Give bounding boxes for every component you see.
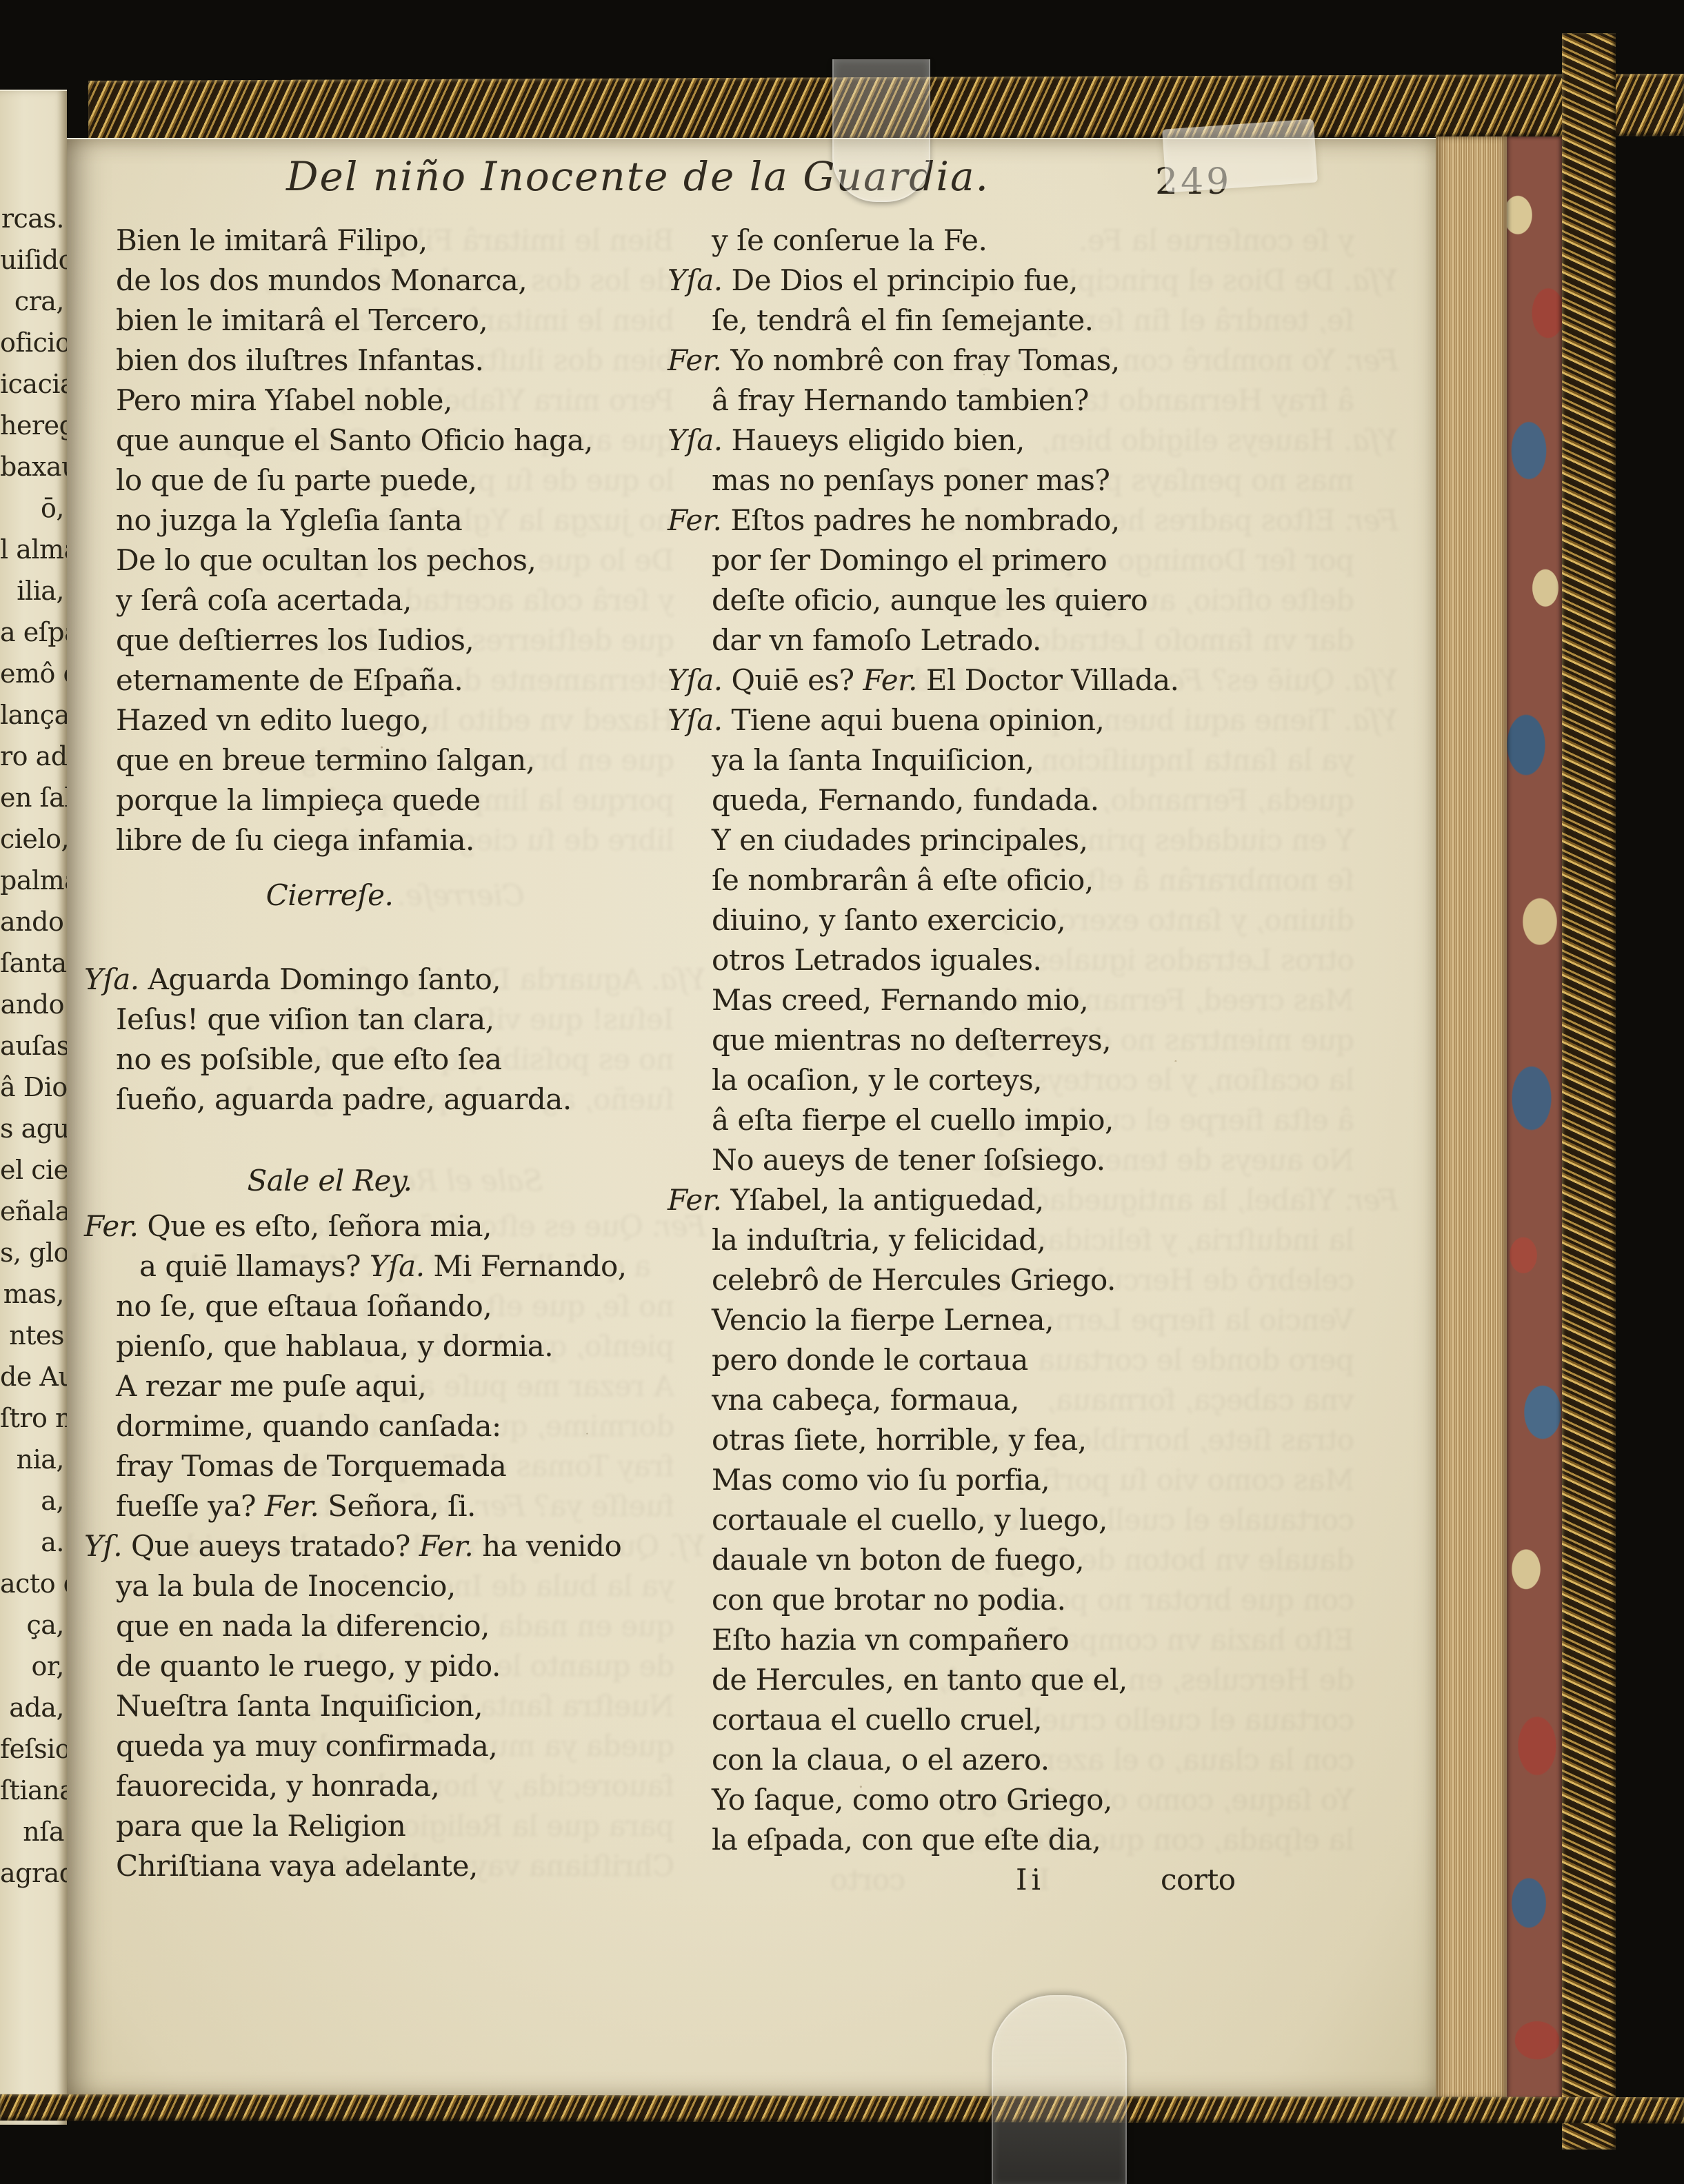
verse-line: diuino, y ſanto exercicio, [668, 900, 1399, 940]
edge-fragment: a, [0, 1480, 64, 1521]
edge-fragment: auſas. [0, 1025, 64, 1066]
marbled-endpaper-edge [1507, 136, 1562, 2099]
verse-line: que en breue termino ſalgan, [116, 740, 674, 780]
verse-line: mas no penſays poner mas? [668, 461, 1399, 501]
verse-line: de quanto le ruego, y pido. [116, 1646, 674, 1686]
edge-fragment: uiſidor, [0, 239, 64, 281]
edge-fragment: or, [0, 1646, 64, 1687]
verse-line: eternamente de Eſpaña. [116, 660, 674, 700]
edge-fragment: nia, [0, 1439, 64, 1480]
verse-line: cortaua el cuello cruel, [668, 1700, 1399, 1740]
book-page: Del niño Inocente de la Guardia. 249 Bie… [67, 138, 1436, 2101]
edge-fragment: lanças [0, 694, 64, 736]
edge-fragment: agrada, [0, 1852, 74, 1894]
verse-line: para que la Religion [116, 1806, 674, 1846]
verse-line: no es poſsible, que eſto ſea [116, 1040, 674, 1080]
verse-line: que aunque el Santo Oficio haga, [116, 421, 674, 461]
edge-fragment: ō, [0, 487, 64, 529]
verse-line: dauale vn boton de fuego, [668, 1540, 1399, 1580]
edge-fragment: feſsion, [0, 1728, 64, 1770]
edge-fragment: ando hiziſte, [0, 901, 64, 942]
facing-page-edge: rcas.uiſidor,cra,oficio,icacia.hereges m… [0, 90, 67, 2125]
verse-line: cortauale el cuello, y luego, [668, 1500, 1399, 1540]
edge-fragment: ſtro nieto, [0, 1397, 64, 1439]
gilt-border-right [1562, 33, 1616, 2150]
verse-line: dormime, quando canſada: [116, 1406, 674, 1446]
signature-mark: Ii [1016, 1860, 1045, 1900]
verse-line: pienſo, que hablaua, y dormia. [116, 1326, 674, 1366]
verse-line: dar vn famoſo Letrado. [668, 620, 1399, 660]
verse-line: queda, Fernando, fundada. [668, 780, 1399, 820]
verse-line: fray Tomas de Torquemada [116, 1446, 674, 1486]
verse-line: lo que de ſu parte puede, [116, 461, 674, 501]
verse-line: De lo que ocultan los pechos, [116, 540, 674, 580]
stage-direction: Cierreſe. [116, 876, 543, 916]
verse-line: ya la bula de Inocencio, [116, 1566, 674, 1606]
verse-line: Yſa. Aguarda Domingo ſanto, [84, 960, 674, 1000]
running-title: Del niño Inocente de la Guardia. [190, 153, 1086, 200]
verse-line: Pero mira Yſabel noble, [116, 381, 674, 421]
edge-fragment: icacia. [0, 363, 64, 405]
verse-line: la ocaſion, y le corteys, [668, 1060, 1399, 1100]
verse-line: que mientras no deſterreys, [668, 1020, 1399, 1060]
text-column-left: Bien le imitarâ Filipo,de los dos mundos… [116, 221, 674, 1886]
verse-line: de los dos mundos Monarca, [116, 261, 674, 301]
verse-line: que deſtierres los Iudios, [116, 620, 674, 660]
verse-line: con la claua, o el azero. [668, 1740, 1399, 1780]
verse-line: la induſtria, y felicidad, [668, 1220, 1399, 1260]
verse-line: otras ſiete, horrible, y fea, [668, 1420, 1399, 1460]
edge-fragment: a. [0, 1521, 64, 1563]
edge-fragment-list: rcas.uiſidor,cra,oficio,icacia.hereges m… [0, 91, 67, 1894]
verse-line: y ſe conſerue la Fe. [668, 221, 1399, 261]
verse-line: no juzga la Ygleſia ſanta [116, 501, 674, 540]
verse-line: porque la limpieça quede [116, 780, 674, 820]
verse-line: Fer. Yſabel, la antiguedad, [668, 1180, 1399, 1220]
edge-fragment: ando [0, 984, 64, 1025]
verse-line: Yſa. De Dios el principio fue, [668, 261, 1399, 301]
verse-line: â fray Hernando tambien? [668, 381, 1399, 421]
verse-line: Fer. Que es eſto, ſeñora mia, [84, 1206, 674, 1246]
verse-line: ſe nombrarân â eſte oficio, [668, 860, 1399, 900]
verse-line: Bien le imitarâ Filipo, [116, 221, 674, 261]
edge-fragment: rcas. [0, 198, 64, 239]
verse-line: Ieſus! que viſion tan clara, [116, 1000, 674, 1040]
verse-line: Hazed vn edito luego, [116, 700, 674, 740]
verse-line: Yſa. Haueys eligido bien, [668, 421, 1399, 461]
verse-line: fueſſe ya? Fer. Señora, ſi. [116, 1486, 674, 1526]
tape-fragment [1162, 119, 1318, 192]
verse-line: Chriſtiana vaya adelante, [116, 1846, 674, 1886]
edge-fragment: l alma, [0, 529, 64, 570]
verse-line: con que brotar no podia. [668, 1580, 1399, 1620]
edge-fragment: â Dios, [0, 1066, 64, 1108]
verse-line: Vencio la fierpe Lernea, [668, 1300, 1399, 1340]
edge-fragment: cielo, [0, 818, 64, 860]
verse-line: libre de ſu ciega infamia. [116, 820, 674, 860]
verse-line: No aueys de tener ſoſsiego. [668, 1140, 1399, 1180]
edge-fragment: ſanta [0, 942, 64, 984]
verse-line: Eſto hazia vn compañero [668, 1620, 1399, 1660]
verse-line: vna cabeça, formaua, [668, 1380, 1399, 1420]
text-column-right: y ſe conſerue la Fe.Yſa. De Dios el prin… [668, 221, 1399, 1900]
verse-line: Yſa. Tiene aqui buena opinion, [668, 700, 1399, 740]
verse-line: pero donde le cortaua [668, 1340, 1399, 1380]
verse-line: fauorecida, y honrada, [116, 1766, 674, 1806]
verse-line: Y en ciudades principales, [668, 820, 1399, 860]
book-photo: rcas.uiſidor,cra,oficio,icacia.hereges m… [0, 0, 1684, 2184]
stage-direction: Sale el Rey. [116, 1161, 543, 1201]
edge-fragment: ntes [0, 1315, 64, 1356]
verse-line: Yſ. Que aueys tratado? Fer. ha venido [84, 1526, 674, 1566]
verse-line: la eſpada, con que eſte dia, [668, 1820, 1399, 1860]
edge-fragment: cra, [0, 281, 64, 322]
verse-line: ſe, tendrâ el fin ſemejante. [668, 301, 1399, 341]
verse-line: Fer. Eſtos padres he nombrado, [668, 501, 1399, 540]
edge-fragment: baxaua [0, 446, 64, 487]
verse-line: deſte oficio, aunque les quiero [668, 580, 1399, 620]
transparent-page-holder-bottom [992, 1995, 1127, 2184]
edge-fragment: ſtiana, [0, 1770, 64, 1811]
verse-line: Yo ſaque, como otro Griego, [668, 1780, 1399, 1820]
verse-line: ya la ſanta Inquiſicion, [668, 740, 1399, 780]
signature-catchword-line: Iicorto [668, 1860, 1399, 1900]
catchword: corto [1161, 1860, 1236, 1900]
edge-fragment: mas, [0, 1273, 64, 1315]
verse-line: Fer. Yo nombrê con fray Tomas, [668, 341, 1399, 381]
verse-line: de Hercules, en tanto que el, [668, 1660, 1399, 1700]
edge-fragment: ada, [0, 1687, 64, 1728]
verse-line: Mas como vio ſu porfia, [668, 1460, 1399, 1500]
edge-fragment: el cielo, [0, 1149, 64, 1191]
verse-line: Mas creed, Fernando mio, [668, 980, 1399, 1020]
edge-fragment: ça, [0, 1604, 64, 1646]
verse-line: a quiē llamays? Yſa. Mi Fernando, [139, 1246, 674, 1286]
edge-fragment: oficio, [0, 322, 64, 363]
edge-fragment: ilia, [0, 570, 64, 611]
gilt-border-bottom [0, 2094, 1684, 2123]
verse-line: celebrô de Hercules Griego. [668, 1260, 1399, 1300]
text-block-fore-edge [1436, 136, 1507, 2099]
verse-line: por ſer Domingo el primero [668, 540, 1399, 580]
transparent-page-holder-top [832, 59, 930, 202]
edge-fragment: s, glorias, [0, 1232, 77, 1273]
verse-line: que en nada la diferencio, [116, 1606, 674, 1646]
verse-line: queda ya muy confirmada, [116, 1726, 674, 1766]
verse-line: y ſerâ coſa acertada, [116, 580, 674, 620]
verse-line: A rezar me puſe aqui, [116, 1366, 674, 1406]
verse-line: Nueſtra ſanta Inquiſicion, [116, 1686, 674, 1726]
edge-fragment: de Auſtria, [0, 1356, 64, 1397]
verse-line: Yſa. Quiē es? Fer. El Doctor Villada. [668, 660, 1399, 700]
edge-fragment: palmas. [0, 860, 64, 901]
verse-line: bien dos iluſtres Infantas. [116, 341, 674, 381]
edge-fragment: nſa [0, 1811, 64, 1852]
verse-line: bien le imitarâ el Tercero, [116, 301, 674, 341]
edge-fragment: a eſpada, [0, 611, 64, 653]
verse-line: no ſe, que eſtaua ſoñando, [116, 1286, 674, 1326]
edge-fragment: s aguarda, [0, 1108, 64, 1149]
verse-line: â eſta fierpe el cuello impio, [668, 1100, 1399, 1140]
verse-line: otros Letrados iguales. [668, 940, 1399, 980]
verse-line: ſueño, aguarda padre, aguarda. [116, 1080, 674, 1120]
edge-fragment: en ſala, [0, 777, 64, 818]
edge-fragment: eñala [0, 1191, 64, 1232]
